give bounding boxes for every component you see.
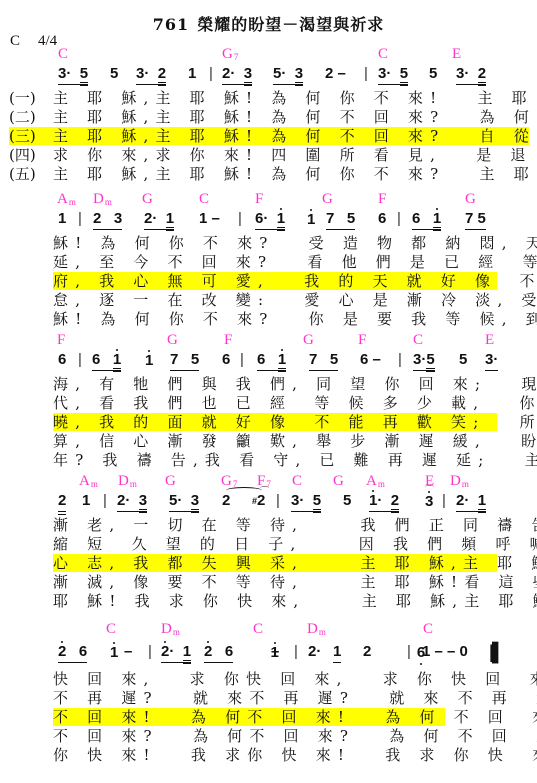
lyric-line-verse-4: 不 回 來? 為 何不 回 來? 為 何 不 回 來? (0, 727, 537, 745)
chord: G (322, 191, 333, 207)
barline: | (240, 350, 244, 370)
jianpu-notes: 6 | 6 1 1 7 5 6 | 6 1 7 5 6 – | 3·5 5 3· (0, 350, 537, 374)
note: 5 (459, 350, 467, 370)
note: 5 (110, 64, 118, 84)
lyric-line-verse-5: 穌! 為 何 你 不 來? 你 是 要 我 等 候, 到 何 日何 (0, 310, 537, 328)
chord: G (167, 332, 178, 348)
lyric-line-verse-1: 快 回 來, 求 你快 回 來, 求 你 快 回 來。 (0, 670, 537, 688)
note-group: 3· 5 (378, 64, 408, 85)
lyric-text: 漸 老, 一 切 在 等 待, 我 們 正 同 禱 告, 求 你 (53, 516, 537, 534)
note-group: 6 1 (412, 209, 441, 230)
jianpu-notes: 1 | 2 3 2· 1 1 – | 6· 1 1 7 5 6 | 6 1 7 … (0, 209, 537, 233)
lyric-line-verse-3-highlighted: 不 回 來! 為 何不 回 來! 為 何 不 回 來! (0, 708, 537, 726)
lyric-text: 代, 看 我 們 也 已 經 等 候 多 少 載, 你為 何 不 (53, 394, 537, 412)
note-sharp-fermata: #2⌒ (252, 491, 265, 511)
jianpu-notes: 2 1 | 2· 3 5· 3 2 #2⌒ | 3· 5 5 1· 2 3⌒ |… (0, 491, 537, 515)
note: 1 (307, 211, 315, 228)
chord: C (106, 621, 116, 637)
hymn-title: 榮耀的盼望－渴望與祈求 (197, 15, 384, 34)
lyric-text: 求 你 來,求 你 來! 四 圍 所 看 見, 是 退 後,是 懈 (53, 146, 537, 164)
note-group: 2· 1 (161, 642, 191, 663)
note-group: 7 5 (170, 350, 199, 371)
barline: | (442, 491, 446, 511)
note-group: 2· 1 (144, 209, 174, 230)
note: 5 (429, 64, 437, 84)
note: 6 (222, 350, 230, 370)
note-group: 7 5 (309, 350, 338, 371)
note: 1 (110, 644, 118, 661)
lyric-text: 穌! 為 何 你 不 來? 你 是 要 我 等 候, 到 何 日何 (53, 310, 537, 328)
chord: G (465, 191, 476, 207)
lyric-text: 縮 短 久 望 的 日 子, 因 我 們 頻 呼 喊, 就 來 (53, 535, 537, 553)
barline: | (209, 64, 213, 84)
chord: C (292, 473, 302, 489)
barline: | (276, 491, 280, 511)
lyric-line-verse-1: 海, 有 牠 們 與 我 們, 同 望 你 回 來; 現宇 宙 年 (0, 375, 537, 393)
note: 2 (222, 491, 230, 511)
lyric-line-verse-5: 年? 我 禱 告,我 看 守, 已 難 再 遲 延; 主耶 穌,主 (0, 451, 537, 469)
chord: Am (79, 473, 98, 490)
barline: | (364, 64, 368, 84)
dash: – (124, 642, 132, 662)
note: 1 (58, 209, 66, 229)
lyric-text: 府, 我 心 無 可 愛, 我 的 天 就 好 像 不 會 再破 (53, 272, 537, 290)
chord: F (378, 191, 386, 207)
note-group: 2 3 (93, 209, 122, 230)
note-group: 6 1 (92, 350, 121, 371)
lyric-line-verse-3-highlighted: 曉, 我 的 面 就 好 像 不 能 再 歡 笑; 所有 的 雄 (0, 413, 537, 431)
lyric-line-verse-2: 縮 短 久 望 的 日 子, 因 我 們 頻 呼 喊, 就 來 (0, 535, 537, 553)
chord-row: F G F G F C E (0, 332, 537, 348)
note-group: 7 5 (465, 209, 486, 230)
barline: | (103, 491, 107, 511)
barline: | (148, 642, 152, 662)
jianpu-notes: 2 6 1 – | 2· 1 2 6 1 – | 2· 1 2 6 | 1 – … (0, 642, 537, 666)
lyric-line-verse-5: 耶 穌! 我 求 你 快 來, 主 耶 穌,主 耶 穌! 我 求 (0, 592, 537, 610)
lyric-line-verse-5: 你 快 來! 我 求你 快 來! 我 求 你 快 來! (0, 746, 537, 764)
jianpu-notes: 3· 5 5 3· 2 1 | 2· 3 5· 3 2 – | 3· 5 5 3… (0, 64, 537, 88)
note-group: 3· (485, 350, 498, 371)
lyric-text: 年? 我 禱 告,我 看 守, 已 難 再 遲 延; 主耶 穌,主 (53, 451, 537, 469)
chord: G (165, 473, 176, 489)
chord: C (58, 46, 68, 62)
note-group: 2 6 (204, 642, 233, 663)
lyric-line-verse-2: 不 再 遲? 就 來不 再 遲? 就 來 不 再 遲? (0, 689, 537, 707)
verse-number: (三) (9, 127, 36, 145)
lyric-text: 算, 信 心 漸 發 籲 歎, 舉 步 漸 遲 緩, 盼望 如 燈 (53, 432, 537, 450)
note: 6 (58, 350, 66, 370)
final-barline: |▌ (489, 642, 503, 662)
note: 2 (363, 642, 371, 662)
chord-row: C Dm C Dm C (0, 621, 537, 637)
lyric-line-verse-4: 怠, 逐 一 在 改 變: 愛 心 是 漸 冷 淡, 受 苦 漸計 (0, 291, 537, 309)
chord: F (224, 332, 232, 348)
lyric-text: 海, 有 牠 們 與 我 們, 同 望 你 回 來; 現宇 宙 年 (53, 375, 537, 393)
chord: E (485, 332, 494, 348)
lyric-text: 穌! 為 何 你 不 來? 受 造 物 都 納 悶, 天 地 與深 (53, 234, 537, 252)
barline: | (398, 350, 402, 370)
note: 2· (308, 642, 321, 662)
chord: F (255, 191, 263, 207)
note-group: 6 1 (257, 350, 286, 371)
note: 6 (378, 209, 386, 229)
lyric-text: 快 回 來, 求 你快 回 來, 求 你 快 回 來。 (53, 670, 537, 688)
note-group: 3· 2 (136, 64, 166, 85)
barline: | (78, 350, 82, 370)
verse-number: (二) (9, 108, 36, 126)
note: 2 – (325, 64, 346, 84)
chord: G (303, 332, 314, 348)
chord: G7 (222, 46, 238, 63)
barline: | (397, 209, 401, 229)
lyric-line-verse-3-highlighted: 府, 我 心 無 可 愛, 我 的 天 就 好 像 不 會 再破 (0, 272, 537, 290)
lyric-text: 不 再 遲? 就 來不 再 遲? 就 來 不 再 遲? (53, 689, 537, 707)
note-group: 2· 1 (456, 491, 486, 512)
chord: G (333, 473, 344, 489)
barline: | (407, 642, 411, 662)
lyric-line-verse-2: (二) 主 耶 穌,主 耶 穌! 為 何 不 回 來? 為 何 故 你 耽 (0, 108, 537, 126)
lyric-line-verse-3-highlighted: (三) 主 耶 穌,主 耶 穌! 為 何 不 回 來? 自 從 你 去 天 (0, 127, 537, 145)
dash: – (271, 642, 279, 662)
verse-number: (一) (9, 89, 36, 107)
note-group: 1· 2 (369, 491, 399, 512)
note-fermata: 3⌒ (425, 493, 433, 510)
verse-number: (五) (9, 165, 36, 183)
chord: E (452, 46, 461, 62)
note-group: 2· 3 (117, 491, 147, 512)
chord: Am (57, 191, 76, 208)
lyric-text: 主 耶 穌,主 耶 穌! 為 何 不 回 來? 為 何 故 你 耽 (53, 108, 537, 126)
chord: Dm (307, 621, 326, 638)
verse-number: (四) (9, 146, 36, 164)
lyric-text: 曉, 我 的 面 就 好 像 不 能 再 歡 笑; 所有 的 雄 (53, 413, 537, 431)
chord: C (199, 191, 209, 207)
lyric-text: 你 快 來! 我 求你 快 來! 我 求 你 快 來! (53, 746, 537, 764)
note-group: 2 6 (58, 642, 87, 663)
note: 6 – (360, 350, 381, 370)
note: 1 – (199, 209, 220, 229)
lyric-line-verse-4: (四) 求 你 來,求 你 來! 四 圍 所 看 見, 是 退 後,是 懈 (0, 146, 537, 164)
lyric-line-verse-1: 漸 老, 一 切 在 等 待, 我 們 正 同 禱 告, 求 你 (0, 516, 537, 534)
chord-row: Am Dm G C F G F G (0, 191, 537, 207)
barline: | (78, 209, 82, 229)
lyric-line-verse-5: (五) 主 耶 穌,主 耶 穌! 為 何 你 不 來? 主 耶 穌,主 耶 (0, 165, 537, 183)
note-group: 5· 3 (169, 491, 199, 512)
lyric-text: 怠, 逐 一 在 改 變: 愛 心 是 漸 冷 淡, 受 苦 漸計 (53, 291, 537, 309)
chord: Dm (450, 473, 469, 490)
note: 5 (343, 491, 351, 511)
note: 1 – – 0 (422, 642, 468, 662)
fermata-icon: ⌒ (260, 481, 269, 501)
note: 1 (82, 491, 90, 511)
note: 1 (188, 64, 196, 84)
barline: | (238, 209, 242, 229)
lyric-text: 主 耶 穌,主 耶 穌! 為 何 你 不 來? 主 耶 穌,主 耶 (53, 165, 537, 183)
chord: Dm (93, 191, 112, 208)
note-group: 3· 2 (456, 64, 486, 85)
note-group: 3· 5 (291, 491, 321, 512)
chord: Dm (161, 621, 180, 638)
note-group: 7 5 (326, 209, 355, 230)
chord: G (142, 191, 153, 207)
chord-row: C G7 C E (0, 46, 537, 62)
lyric-line-verse-2: 延, 至 今 不 回 來? 看 他 們 是 已 經 等 候 多少 (0, 253, 537, 271)
note-group: 3· 5 (58, 64, 88, 85)
fermata-icon: ⌒ (425, 480, 434, 500)
note: 2 (58, 491, 66, 515)
note-group: 5· 3 (273, 64, 303, 85)
lyric-line-verse-2: 代, 看 我 們 也 已 經 等 候 多 少 載, 你為 何 不 (0, 394, 537, 412)
note-group: 2· 3 (222, 64, 252, 85)
note-group: 3·5 (413, 350, 435, 371)
lyric-line-verse-1: 穌! 為 何 你 不 來? 受 造 物 都 納 悶, 天 地 與深 (0, 234, 537, 252)
lyric-text: 主 耶 穌,主 耶 穌! 為 何 不 回 來? 自 從 你 去 天 (53, 127, 537, 145)
lyric-text: 延, 至 今 不 回 來? 看 他 們 是 已 經 等 候 多少 (53, 253, 537, 271)
note: 1 (145, 352, 153, 369)
lyric-text: 耶 穌! 我 求 你 快 來, 主 耶 穌,主 耶 穌! 我 求 (53, 592, 537, 610)
chord: C (423, 621, 433, 637)
lyric-text: 主 耶 穌,主 耶 穌! 為 何 你 不 來! 主 耶 穌,主 耶 (53, 89, 537, 107)
lyric-text: 心 志, 我 都 失 興 采, 主 耶 穌,主 耶 穌! 為 何 (53, 554, 537, 572)
lyric-line-verse-1: (一) 主 耶 穌,主 耶 穌! 為 何 你 不 來! 主 耶 穌,主 耶 (0, 89, 537, 107)
note-group: 6· 1 (255, 209, 285, 230)
hymn-number: 761 (153, 15, 189, 34)
chord: F (358, 332, 366, 348)
barline: | (294, 642, 298, 662)
lyric-text: 漸 滅, 像 要 不 等 待, 主 耶 穌!看 這 些, 為 何 (53, 573, 537, 591)
note: 1 (333, 642, 341, 663)
lyric-line-verse-4: 算, 信 心 漸 發 籲 歎, 舉 步 漸 遲 緩, 盼望 如 燈 (0, 432, 537, 450)
chord: Dm (118, 473, 137, 490)
chord: F (57, 332, 65, 348)
lyric-line-verse-3-highlighted: 心 志, 我 都 失 興 采, 主 耶 穌,主 耶 穌! 為 何 (0, 554, 537, 572)
hymn-title-heading: 761榮耀的盼望－渴望與祈求 (0, 12, 537, 35)
lyric-line-verse-4: 漸 滅, 像 要 不 等 待, 主 耶 穌!看 這 些, 為 何 (0, 573, 537, 591)
chord: C (378, 46, 388, 62)
chord: Am (366, 473, 385, 490)
chord: C (413, 332, 423, 348)
lyric-text: 不 回 來? 為 何不 回 來? 為 何 不 回 來? (53, 727, 537, 745)
chord: C (253, 621, 263, 637)
lyric-text: 不 回 來! 為 何不 回 來! 為 何 不 回 來! (53, 708, 537, 726)
